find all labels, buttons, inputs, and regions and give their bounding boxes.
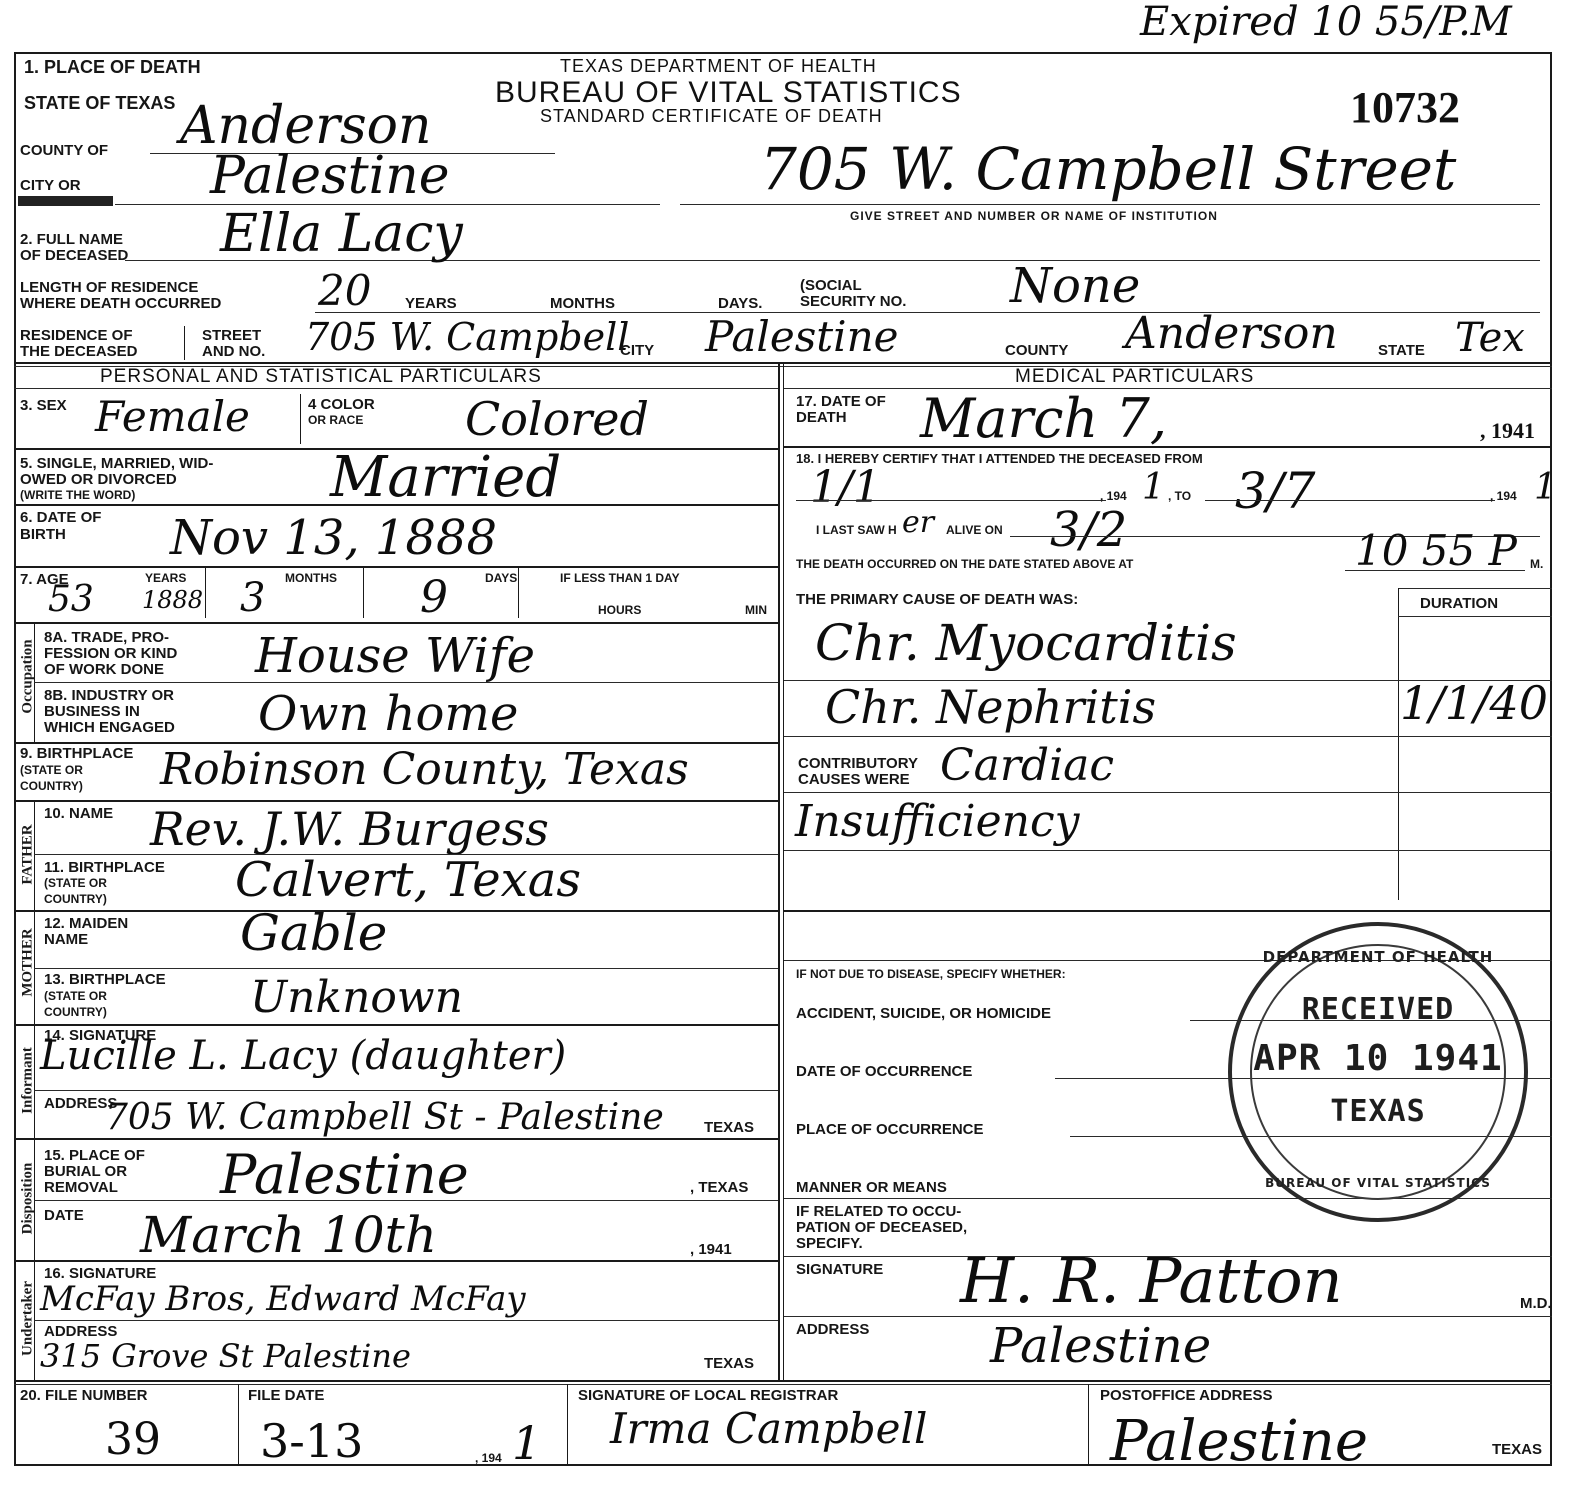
contributory-cause-1: Cardiac <box>940 744 1114 788</box>
row-divider <box>784 1316 1552 1317</box>
to-year-label: , 194 <box>1490 490 1517 503</box>
birthplace-label-3: COUNTRY) <box>20 780 83 793</box>
center-divider-2 <box>783 364 784 1382</box>
dob-value: Nov 13, 1888 <box>170 514 497 562</box>
from-underline <box>796 500 1106 501</box>
county-value: Anderson <box>180 100 431 152</box>
ss-value: None <box>1010 262 1140 310</box>
hours-label: HOURS <box>598 604 641 617</box>
row-divider <box>14 910 778 912</box>
stamp-ring-top: DEPARTMENT OF HEALTH <box>1232 948 1524 966</box>
residence-city-value: Palestine <box>705 316 898 358</box>
side-divider <box>34 624 35 742</box>
trade-label-2: FESSION OR KIND <box>44 646 177 662</box>
ss-label-2: SECURITY NO. <box>800 294 906 310</box>
marital-label-3: (WRITE THE WORD) <box>20 489 135 502</box>
occupation-related-label-3: SPECIFY. <box>796 1236 863 1252</box>
birthplace-label-2: (STATE OR <box>20 764 83 777</box>
ss-label-1: (SOCIAL <box>800 278 862 294</box>
file-number-label: 20. FILE NUMBER <box>20 1388 148 1404</box>
marital-label-1: 5. SINGLE, MARRIED, WID- <box>20 456 213 472</box>
redacted-mark <box>18 196 113 206</box>
cause-row-line <box>784 736 1552 737</box>
father-name-label: 10. NAME <box>44 806 113 822</box>
undertaker-texas-label: TEXAS <box>704 1356 754 1372</box>
residence-street-value: 705 W. Campbell <box>305 318 629 356</box>
stamp-ring-bottom: BUREAU OF VITAL STATISTICS <box>1232 1176 1524 1190</box>
months-label: MONTHS <box>550 296 615 312</box>
age-days-value: 9 <box>420 576 448 620</box>
duration-top-line <box>1398 588 1552 589</box>
file-year-digit: 1 <box>512 1420 541 1466</box>
age-col-divider <box>363 568 364 618</box>
footer-col-divider <box>1088 1384 1089 1464</box>
burial-date-label: DATE <box>44 1208 84 1224</box>
personal-title-underline <box>14 388 778 389</box>
physician-signature-label: SIGNATURE <box>796 1262 883 1278</box>
street-no-label-1: STREET <box>202 328 261 344</box>
accident-label: ACCIDENT, SUICIDE, OR HOMICIDE <box>796 1006 1051 1022</box>
medical-title-underline <box>784 388 1552 389</box>
residence-label-2: THE DECEASED <box>20 344 138 360</box>
contributory-cause-2: Insufficiency <box>795 800 1079 844</box>
birthplace-value: Robinson County, Texas <box>160 748 689 792</box>
alive-on-value: 3/2 <box>1050 506 1127 554</box>
occurrence-place-label: PLACE OF OCCURRENCE <box>796 1122 984 1138</box>
duration-value: 1/1/40 <box>1400 680 1548 726</box>
father-birthplace-label-2: (STATE OR <box>44 877 107 890</box>
mother-birthplace-label-3: COUNTRY) <box>44 1006 107 1019</box>
residence-state-value: Tex <box>1455 318 1525 358</box>
residence-label-1: RESIDENCE OF <box>20 328 133 344</box>
postoffice-label: POSTOFFICE ADDRESS <box>1100 1388 1273 1404</box>
sex-value: Female <box>95 396 250 438</box>
full-name-label-1: 2. FULL NAME <box>20 232 123 248</box>
less-than-day-label: IF LESS THAN 1 DAY <box>560 572 680 585</box>
residence-length-label-2: WHERE DEATH OCCURRED <box>20 296 221 312</box>
burial-texas-label: , TEXAS <box>690 1180 748 1196</box>
death-time-suffix: M. <box>1530 558 1543 571</box>
informant-address-value: 705 W. Campbell St - Palestine <box>105 1100 664 1136</box>
residence-state-label: STATE <box>1378 343 1425 359</box>
postoffice-texas-label: TEXAS <box>1492 1442 1542 1458</box>
to-label: , TO <box>1168 490 1191 503</box>
dob-label-2: BIRTH <box>20 527 66 543</box>
expired-annotation: Expired 10 55/P.M <box>1140 2 1512 42</box>
row-divider <box>34 1200 778 1201</box>
registrar-label: SIGNATURE OF LOCAL REGISTRAR <box>578 1388 838 1404</box>
row-divider <box>784 446 1552 448</box>
father-birthplace-value: Calvert, Texas <box>235 856 581 904</box>
md-label: M.D. <box>1520 1296 1552 1312</box>
street-value: 705 W. Campbell Street <box>760 140 1456 198</box>
dob-label-1: 6. DATE OF <box>20 510 101 526</box>
postoffice-value: Palestine <box>1110 1414 1368 1470</box>
residence-length-label-1: LENGTH OF RESIDENCE <box>20 280 198 296</box>
cause-row-line <box>784 850 1552 851</box>
death-date-value: March 7, <box>920 392 1167 446</box>
place-of-death-label: 1. PLACE OF DEATH <box>24 58 201 77</box>
sex-race-divider <box>300 394 301 444</box>
days-label: DAYS. <box>718 296 762 312</box>
mother-birthplace-value: Unknown <box>250 976 463 1020</box>
stamp-date: APR 10 1941 <box>1232 1038 1524 1079</box>
footer-col-divider <box>238 1384 239 1464</box>
primary-cause-2: Chr. Nephritis <box>825 684 1156 730</box>
attended-to-value: 3/7 <box>1235 466 1315 516</box>
last-saw-pronoun: er <box>902 508 934 538</box>
side-divider <box>34 1026 35 1138</box>
to-year-digit: 1 <box>1534 470 1557 506</box>
to-underline <box>1205 500 1495 501</box>
city-value: Palestine <box>210 150 450 202</box>
death-year: , 1941 <box>1480 418 1535 444</box>
race-label-2: OR RACE <box>308 414 363 427</box>
industry-value: Own home <box>258 690 518 738</box>
attended-from-value: 1/1 <box>810 466 881 510</box>
manner-label: MANNER OR MEANS <box>796 1180 947 1196</box>
burial-year: , 1941 <box>690 1242 732 1258</box>
stamp-state: TEXAS <box>1232 1094 1524 1129</box>
age-days-label: DAYS <box>485 572 517 585</box>
occupation-related-label-2: PATION OF DECEASED, <box>796 1220 967 1236</box>
row-divider <box>14 566 778 568</box>
race-label-1: 4 COLOR <box>308 397 375 413</box>
age-years-value: 53 <box>48 582 94 618</box>
duration-divider <box>1398 588 1399 900</box>
birthplace-label-1: 9. BIRTHPLACE <box>20 746 133 762</box>
age-col-divider <box>205 568 206 618</box>
mother-maiden-value: Gable <box>240 908 387 958</box>
contributory-label-2: CAUSES WERE <box>798 772 910 788</box>
row-divider <box>14 1138 778 1140</box>
mother-birthplace-label-1: 13. BIRTHPLACE <box>44 972 166 988</box>
age-months-value: 3 <box>240 578 265 618</box>
street-underline <box>680 204 1540 205</box>
city-label: CITY OR <box>20 178 81 194</box>
residence-county-label: COUNTY <box>1005 343 1068 359</box>
trade-value: House Wife <box>255 632 535 680</box>
side-divider <box>34 1262 35 1380</box>
marital-label-2: OWED OR DIVORCED <box>20 472 177 488</box>
certificate-number: 10732 <box>1350 82 1460 133</box>
last-saw-label: I LAST SAW H <box>816 524 897 537</box>
years-label: YEARS <box>405 296 457 312</box>
footer-divider <box>14 1380 1552 1382</box>
informant-signature-value: Lucille L. Lacy (daughter) <box>40 1036 566 1076</box>
row-divider <box>14 504 778 506</box>
father-name-value: Rev. J.W. Burgess <box>150 806 549 852</box>
informant-texas-label: TEXAS <box>704 1120 754 1136</box>
industry-label-2: BUSINESS IN <box>44 704 140 720</box>
footer-col-divider <box>567 1384 568 1464</box>
alive-on-label: ALIVE ON <box>946 524 1003 537</box>
age-note: 1888 <box>142 588 203 612</box>
marital-value: Married <box>330 450 561 506</box>
death-date-label-1: 17. DATE OF <box>796 394 886 410</box>
father-birthplace-label-3: COUNTRY) <box>44 893 107 906</box>
undertaker-address-value: 315 Grove St Palestine <box>40 1340 411 1372</box>
death-time-value: 10 55 P <box>1355 530 1517 572</box>
mother-maiden-label-2: NAME <box>44 932 88 948</box>
race-value: Colored <box>465 396 649 442</box>
row-divider <box>14 1260 778 1262</box>
death-date-label-2: DEATH <box>796 410 847 426</box>
burial-date-value: March 10th <box>140 1210 437 1260</box>
file-number-value: 39 <box>105 1418 161 1462</box>
received-stamp: DEPARTMENT OF HEALTH RECEIVED APR 10 194… <box>1228 922 1528 1222</box>
not-disease-label: IF NOT DUE TO DISEASE, SPECIFY WHETHER: <box>796 968 1066 981</box>
primary-cause-label: THE PRIMARY CAUSE OF DEATH WAS: <box>796 592 1078 608</box>
burial-label-3: REMOVAL <box>44 1180 118 1196</box>
mother-maiden-label-1: 12. MAIDEN <box>44 916 128 932</box>
department-title: TEXAS DEPARTMENT OF HEALTH <box>560 56 877 77</box>
burial-place-value: Palestine <box>220 1148 469 1202</box>
row-divider <box>784 910 1552 912</box>
center-divider <box>778 364 780 1382</box>
row-divider <box>34 968 778 969</box>
row-divider <box>34 1320 778 1321</box>
footer-divider-2 <box>14 1384 1552 1385</box>
death-time-label: THE DEATH OCCURRED ON THE DATE STATED AB… <box>796 558 1133 571</box>
residence-city-label: CITY <box>620 343 654 359</box>
burial-label-1: 15. PLACE OF <box>44 1148 145 1164</box>
state-of-texas-label: STATE OF TEXAS <box>24 94 175 113</box>
residence-divider <box>184 326 185 360</box>
row-divider <box>34 682 778 683</box>
burial-label-2: BURIAL OR <box>44 1164 127 1180</box>
row-divider <box>34 1090 778 1091</box>
street-no-label-2: AND NO. <box>202 344 265 360</box>
file-date-label: FILE DATE <box>248 1388 324 1404</box>
residence-years-value: 20 <box>318 270 371 312</box>
contributory-label-1: CONTRIBUTORY <box>798 756 918 772</box>
death-time-underline <box>1345 570 1525 571</box>
duration-header-underline <box>1398 616 1552 617</box>
row-divider <box>14 622 778 624</box>
industry-label-1: 8B. INDUSTRY OR <box>44 688 174 704</box>
trade-label-1: 8A. TRADE, PRO- <box>44 630 169 646</box>
from-year-digit: 1 <box>1142 470 1165 506</box>
stamp-received: RECEIVED <box>1232 992 1524 1027</box>
min-label: MIN <box>745 604 767 617</box>
full-name-label-2: OF DECEASED <box>20 248 128 264</box>
residence-county-value: Anderson <box>1125 312 1338 356</box>
medical-section-title: MEDICAL PARTICULARS <box>1015 366 1254 388</box>
physician-address-label: ADDRESS <box>796 1322 869 1338</box>
cause-row-line <box>784 792 1552 793</box>
age-col-divider <box>518 568 519 618</box>
age-months-label: MONTHS <box>285 572 337 585</box>
from-year-label: , 194 <box>1100 490 1127 503</box>
age-years-label: YEARS <box>145 572 186 585</box>
personal-section-title: PERSONAL AND STATISTICAL PARTICULARS <box>100 366 542 388</box>
undertaker-signature-value: McFay Bros, Edward McFay <box>40 1282 526 1316</box>
mother-birthplace-label-2: (STATE OR <box>44 990 107 1003</box>
residence-underline <box>315 312 1540 313</box>
trade-label-3: OF WORK DONE <box>44 662 164 678</box>
occurrence-date-label: DATE OF OCCURRENCE <box>796 1064 972 1080</box>
primary-cause-1: Chr. Myocarditis <box>815 618 1237 668</box>
file-date-value: 3-13 <box>260 1418 363 1464</box>
county-of-label: COUNTY OF <box>20 143 108 159</box>
certificate-subtitle: STANDARD CERTIFICATE OF DEATH <box>540 106 883 127</box>
sex-label: 3. SEX <box>20 398 67 414</box>
occupation-related-label-1: IF RELATED TO OCCU- <box>796 1204 961 1220</box>
row-divider <box>14 1024 778 1026</box>
street-caption: GIVE STREET AND NUMBER OR NAME OF INSTIT… <box>850 210 1218 223</box>
duration-label: DURATION <box>1420 596 1498 612</box>
deceased-name-value: Ella Lacy <box>220 208 463 260</box>
registrar-signature: Irma Campbell <box>610 1408 927 1450</box>
side-divider <box>34 802 35 910</box>
physician-address-value: Palestine <box>990 1322 1211 1370</box>
father-birthplace-label-1: 11. BIRTHPLACE <box>44 860 165 876</box>
file-year-label: , 194 <box>475 1452 502 1465</box>
bureau-title: BUREAU OF VITAL STATISTICS <box>495 76 962 110</box>
physician-signature-value: H. R. Patton <box>960 1250 1343 1312</box>
industry-label-3: WHICH ENGAGED <box>44 720 175 736</box>
